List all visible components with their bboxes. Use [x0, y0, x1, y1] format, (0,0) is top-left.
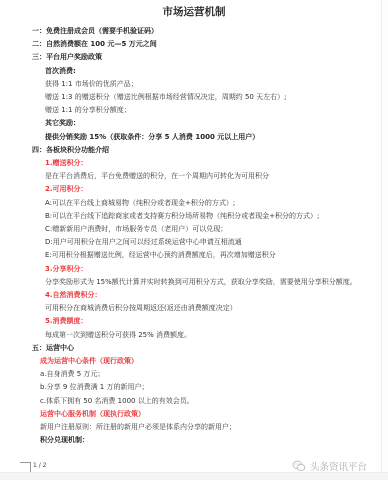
section-heading: 5.消费额度： [45, 317, 88, 326]
section-title: 四：各板块积分功能介绍 [32, 146, 109, 155]
text-line: 首次消费: [45, 67, 76, 76]
section-heading: 2.可用积分： [45, 185, 88, 194]
text-line: 获得 1:1 市场价的优质产品； [45, 80, 138, 89]
text-line: 分享奖励形式为 15%额代计算并实时转换到可用积分方式，获取分享奖励，需要使用分… [45, 278, 357, 287]
section-title: 三：平台用户奖励政策 [32, 53, 102, 62]
text-line: 提供分销奖励 15%（获取条件：分享 5 人消费 1000 元以上用户） [45, 133, 259, 142]
text-line: B:可以在平台线下追踪商家或者支持赛方积分场所易物（纯积分或者现金+积分的方式）… [45, 212, 319, 221]
section-heading: 1.赠送积分： [45, 159, 88, 168]
section-heading: 成为运营中心条件（现行政策） [40, 357, 138, 366]
text-line: E:可用积分根据赠送比例，经运营中心预约消费额度后，再次增加赠送积分 [45, 251, 276, 260]
wechat-icon [292, 460, 306, 472]
page-indicator: 1 / 2 [33, 462, 46, 469]
document-title: 市场运营机制 [0, 4, 388, 19]
text-line: 赠送 1:3 的赠送积分（赠送比例根据市场经营情况决定，周期约 50 天左右）; [45, 93, 286, 102]
text-line: A:可以在平台线上商城易物（纯积分或者现金+积分的方式）; [45, 199, 235, 208]
text-line: D:用户可用积分在用户之间可以经过系统运营中心申请互相流通 [45, 238, 242, 247]
section-title: 二：自然消费额在 100 元—5 万元之间 [32, 40, 157, 49]
section-heading: 运营中心服务机制（现执行政策） [40, 410, 145, 419]
text-line: c.体系下拥有 50 名消费 1000 以上的有效会员。 [40, 397, 194, 406]
watermark-text: 头条资讯平台 [310, 459, 367, 473]
text-line: 是在平台消费后，平台免费赠送的积分，在一个周期内可转化为可用积分 [45, 172, 269, 181]
text-line: C:赠新新用户消费时，市场服务专员（老用户）可以兑现； [45, 225, 227, 234]
text-line: b.分享 9 位消费满 1 万的新用户； [40, 383, 148, 392]
text-line: 每成第一次到赠送积分可获得 25% 消费额度。 [45, 331, 191, 340]
watermark: 头条资讯平台 [292, 459, 367, 473]
text-line: 赠送 1:1 的分享积分额度； [45, 106, 131, 115]
document-page: 市场运营机制 一：免费注册成会员（需要手机验证码）二：自然消费额在 100 元—… [0, 0, 382, 472]
text-line: 可用积分在商城消费后积分按周期返还(返还由消费额度决定） [45, 304, 237, 313]
text-line: 其它奖励： [45, 119, 80, 128]
section-heading: 4.自然消费积分： [45, 291, 102, 300]
section-heading: 3.分享积分： [45, 265, 88, 274]
text-line: 积分兑现机制： [40, 436, 89, 445]
section-title: 五：运营中心 [32, 344, 74, 353]
section-title: 一：免费注册成会员（需要手机验证码） [32, 27, 158, 36]
text-line: 新用户注册原则：所注册的新用户必须是体系内分享的新用户； [40, 423, 236, 432]
text-line: a.自身消费 5 万元； [40, 370, 104, 379]
bottom-bar [0, 472, 388, 480]
